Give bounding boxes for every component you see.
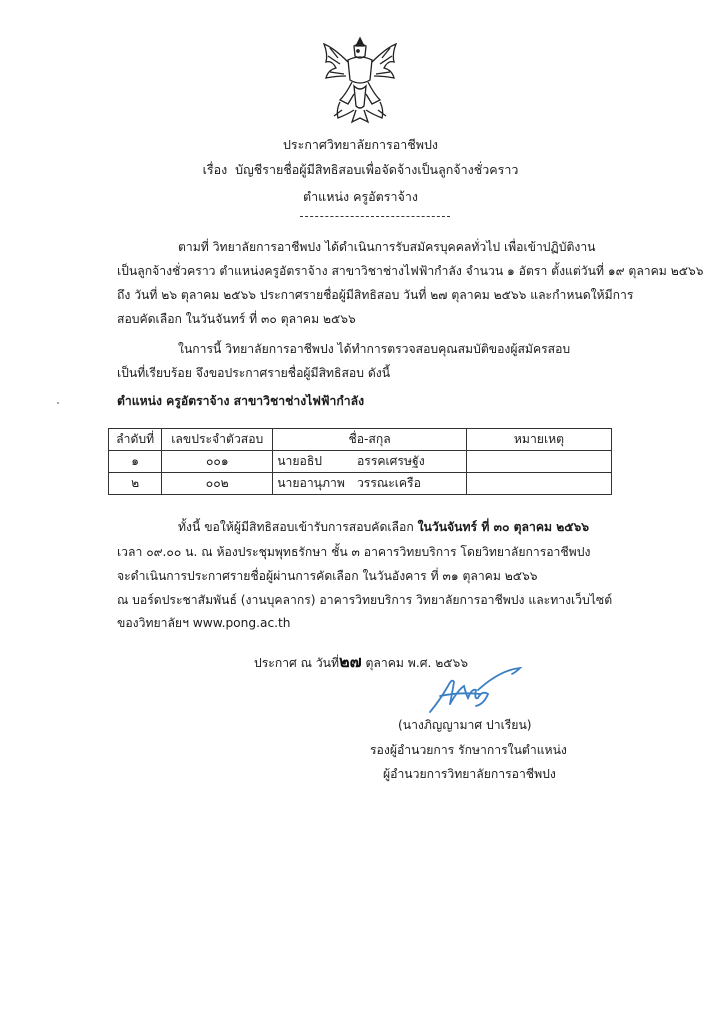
cell-name: นายอธิป อรรคเศรษฐัง	[273, 451, 467, 473]
col-header-note: หมายเหตุ	[466, 429, 611, 451]
subject-text: บัญชีรายชื่อผู้มีสิทธิสอบเพื่อจัดจ้างเป็…	[235, 162, 518, 177]
cell-exam-id: ๐๐๒	[162, 473, 273, 495]
intro-line-4: สอบคัดเลือก ในวันจันทร์ ที่ ๓๐ ตุลาคม ๒๕…	[117, 310, 612, 329]
cell-name: นายอานุภาพ วรรณะเครือ	[273, 473, 467, 495]
announcement-title: ประกาศวิทยาลัยการอาชีพปง	[0, 135, 721, 155]
last-name: อรรคเศรษฐัง	[357, 454, 425, 468]
handwritten-signature-icon	[420, 660, 530, 720]
table-row: ๑ ๐๐๑ นายอธิป อรรคเศรษฐัง	[109, 451, 612, 473]
intro-line-2: เป็นลูกจ้างชั่วคราว ตำแหน่งครูอัตราจ้าง …	[117, 262, 612, 281]
exam-date-emphasis: ในวันจันทร์ ที่ ๓๐ ตุลาคม ๒๕๖๖	[418, 520, 589, 534]
signatory-title-1: รองผู้อำนวยการ รักษาการในตำแหน่ง	[370, 741, 567, 760]
intro-line-1: ตามที่ วิทยาลัยการอาชีพปง ได้ดำเนินการรั…	[178, 238, 612, 257]
signatory-title-2: ผู้อำนวยการวิทยาลัยการอาชีพปง	[383, 765, 556, 784]
last-name: วรรณะเครือ	[357, 476, 421, 490]
garuda-emblem-icon	[318, 34, 402, 126]
closing-line-5: ของวิทยาลัยฯ www.pong.ac.th	[117, 614, 612, 633]
table-header-row: ลำดับที่ เลขประจำตัวสอบ ชื่อ-สกุล หมายเห…	[109, 429, 612, 451]
date-prefix: ประกาศ ณ วันที่	[254, 656, 339, 670]
closing-line-3: จะดำเนินการประกาศรายชื่อผู้ผ่านการคัดเลื…	[117, 567, 612, 586]
header-divider	[300, 216, 450, 217]
candidate-table: ลำดับที่ เลขประจำตัวสอบ ชื่อ-สกุล หมายเห…	[108, 428, 612, 495]
position-heading: ตำแหน่ง ครูอัตราจ้าง สาขาวิชาช่างไฟฟ้ากำ…	[117, 392, 612, 411]
col-header-exam-id: เลขประจำตัวสอบ	[162, 429, 273, 451]
date-day: ๒๗	[339, 652, 362, 671]
closing-line-1: ทั้งนี้ ขอให้ผู้มีสิทธิสอบเข้ารับการสอบค…	[178, 518, 612, 537]
first-name: นายอธิป	[277, 452, 349, 471]
intro-line-3: ถึง วันที่ ๒๖ ตุลาคม ๒๕๖๖ ประกาศรายชื่อผ…	[117, 286, 612, 305]
subject-label: เรื่อง	[203, 162, 228, 177]
cell-note	[466, 451, 611, 473]
announcement-subject: เรื่อง บัญชีรายชื่อผู้มีสิทธิสอบเพื่อจัด…	[0, 160, 721, 180]
first-name: นายอานุภาพ	[277, 474, 349, 493]
cell-no: ๒	[109, 473, 162, 495]
col-header-no: ลำดับที่	[109, 429, 162, 451]
review-line-2: เป็นที่เรียบร้อย จึงขอประกาศรายชื่อผู้มี…	[117, 364, 612, 383]
cell-exam-id: ๐๐๑	[162, 451, 273, 473]
closing-line-1-text: ทั้งนี้ ขอให้ผู้มีสิทธิสอบเข้ารับการสอบค…	[178, 520, 418, 534]
cell-no: ๑	[109, 451, 162, 473]
signatory-name: (นางภิญญามาศ ปาเรียน)	[398, 716, 532, 735]
scan-speck	[57, 402, 59, 404]
review-line-1: ในการนี้ วิทยาลัยการอาชีพปง ได้ทำการตรวจ…	[178, 340, 612, 359]
closing-line-2: เวลา ๐๙.๐๐ น. ณ ห้องประชุมพุทธรักษา ชั้น…	[117, 543, 612, 562]
announcement-position: ตำแหน่ง ครูอัตราจ้าง	[0, 187, 721, 207]
cell-note	[466, 473, 611, 495]
closing-line-4: ณ บอร์ดประชาสัมพันธ์ (งานบุคลากร) อาคารว…	[117, 591, 612, 610]
col-header-name: ชื่อ-สกุล	[273, 429, 467, 451]
table-row: ๒ ๐๐๒ นายอานุภาพ วรรณะเครือ	[109, 473, 612, 495]
